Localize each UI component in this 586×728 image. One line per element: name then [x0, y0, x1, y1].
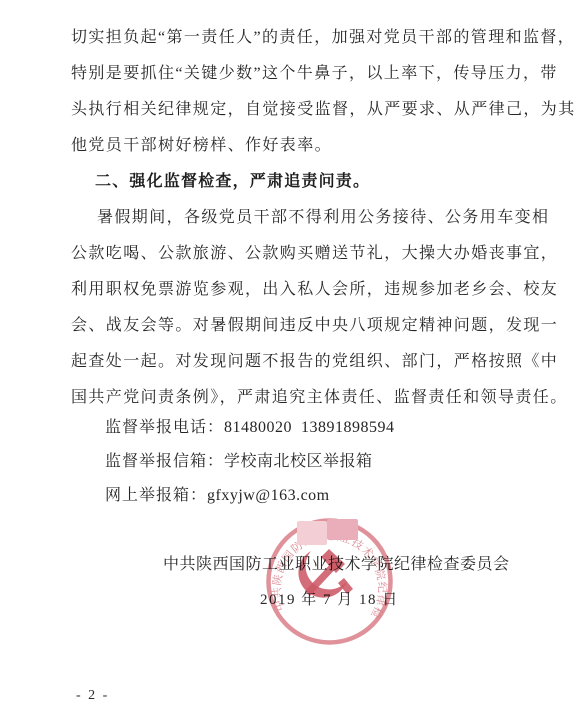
document-body: 切实担负起“第一责任人”的责任，加强对党员干部的管理和监督， 特别是要抓住“关键… — [71, 20, 557, 513]
contact-info: 监督举报电话：81480020 13891898594 监督举报信箱：学校南北校… — [71, 411, 557, 513]
paragraph-line: 利用职权免票游览参观，出入私人会所，违规参加老乡会、校友 — [71, 272, 557, 308]
report-hotline-numbers: 81480020 13891898594 — [224, 419, 395, 436]
paragraph-line: 他党员干部树好榜样、作好表率。 — [71, 128, 557, 164]
seal-redaction-patch-right — [327, 519, 358, 540]
report-email-label: 网上举报箱： — [105, 487, 207, 504]
seal-redaction-patch-left — [297, 521, 327, 545]
report-email-line: 网上举报箱：gfxyjw@163.com — [71, 479, 557, 513]
paragraph-line: 暑假期间，各级党员干部不得利用公务接待、公务用车变相 — [71, 200, 557, 236]
paragraph-continuation: 切实担负起“第一责任人”的责任，加强对党员干部的管理和监督， 特别是要抓住“关键… — [71, 20, 557, 164]
report-mailbox-value: 学校南北校区举报箱 — [224, 453, 373, 470]
report-hotline-line: 监督举报电话：81480020 13891898594 — [71, 411, 557, 445]
paragraph-line: 会、战友会等。对暑假期间违反中央八项规定精神问题，发现一 — [71, 308, 557, 344]
paragraph-line: 起查处一起。对发现问题不报告的党组织、部门，严格按照《中 — [71, 344, 557, 380]
paragraph-line: 头执行相关纪律规定，自觉接受监督，从严要求、从严律己，为其 — [71, 92, 557, 128]
paragraph-main: 暑假期间，各级党员干部不得利用公务接待、公务用车变相 公款吃喝、公款旅游、公款购… — [71, 200, 557, 416]
paragraph-line: 切实担负起“第一责任人”的责任，加强对党员干部的管理和监督， — [71, 20, 557, 56]
page-number: - 2 - — [76, 688, 109, 704]
hammer-and-sickle-icon — [298, 549, 353, 598]
report-email-address: gfxyjw@163.com — [207, 487, 330, 504]
paragraph-line: 公款吃喝、公款旅游、公款购买赠送节礼，大操大办婚丧事宜， — [71, 236, 557, 272]
report-hotline-label: 监督举报电话： — [105, 419, 224, 436]
document-page: 切实担负起“第一责任人”的责任，加强对党员干部的管理和监督， 特别是要抓住“关键… — [0, 0, 586, 728]
section-heading: 二、强化监督检查，严肃追责问责。 — [71, 164, 557, 200]
report-mailbox-line: 监督举报信箱：学校南北校区举报箱 — [71, 445, 557, 479]
paragraph-line: 特别是要抓住“关键少数”这个牛鼻子，以上率下，传导压力，带 — [71, 56, 557, 92]
report-mailbox-label: 监督举报信箱： — [105, 453, 224, 470]
